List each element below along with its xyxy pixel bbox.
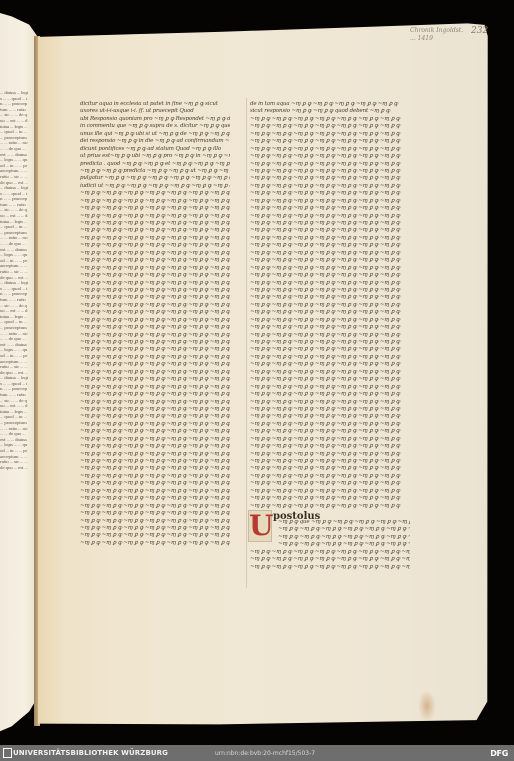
- text-line: ~ɱ ꝑ ꝙ ~ɱ ꝑ ꝙ ~ɱ ꝑ ꝙ ~ɱ ꝑ ꝙ ~ɱ ꝑ ꝙ ~ɱ ꝑ …: [80, 302, 230, 309]
- text-line: ~ɱ ꝑ ꝙ ~ɱ ꝑ ꝙ ~ɱ ꝑ ꝙ ~ɱ ꝑ ꝙ ~ɱ ꝑ ꝙ ~ɱ ꝑ …: [250, 116, 410, 123]
- ruling-line: [246, 98, 247, 588]
- text-line: ~ɱ ꝑ ꝙ ~ɱ ꝑ ꝙ ~ɱ ꝑ ꝙ ~ɱ ꝑ ꝙ ~ɱ ꝑ ꝙ ~ɱ ꝑ …: [250, 227, 410, 234]
- text-line: ~ɱ ꝑ ꝙ ~ɱ ꝑ ꝙ ~ɱ ꝑ ꝙ ~ɱ ꝑ ꝙ ~ɱ ꝑ ꝙ ~ɱ ꝑ …: [250, 384, 410, 391]
- text-line: ~ɱ ꝑ ꝙ ~ɱ ꝑ ꝙ ~ɱ ꝑ ꝙ ~ɱ ꝑ ꝙ ~ɱ ꝑ ꝙ ~ɱ ꝑ …: [80, 332, 230, 339]
- text-line: ~ɱ ꝑ ꝙ ~ɱ ꝑ ꝙ ~ɱ ꝑ ꝙ ~ɱ ꝑ ꝙ ~ɱ ꝑ ꝙ ~ɱ ꝑ …: [250, 272, 410, 279]
- text-line: ~ɱ ꝑ ꝙ ~ɱ ꝑ ꝙ ~ɱ ꝑ ꝙ ~ɱ ꝑ ꝙ ~ɱ ꝑ ꝙ ~ɱ ꝑ …: [80, 413, 230, 420]
- text-line: dei responsio ~ɱ ꝑ ꝙ in die ~ɱ ꝑ ꝙ ad co…: [80, 138, 230, 145]
- text-line: ~ɱ ꝑ ꝙ ~ɱ ꝑ ꝙ ~ɱ ꝑ ꝙ ~ɱ ꝑ ꝙ ~ɱ ꝑ ꝙ ~ɱ ꝑ …: [80, 235, 230, 242]
- text-line: ~ɱ ꝑ ꝙ ~ɱ ꝑ ꝙ ~ɱ ꝑ ꝙ ~ɱ ꝑ ꝙ ~ɱ ꝑ ꝙ ~ɱ ꝑ …: [80, 369, 230, 376]
- text-line: ~ɱ ꝑ ꝙ ~ɱ ꝑ ꝙ ~ɱ ꝑ ꝙ ~ɱ ꝑ ꝙ ~ɱ ꝑ ꝙ ~ɱ ꝑ …: [250, 175, 410, 182]
- text-line: ~ɱ ꝑ ꝙ ~ɱ ꝑ ꝙ ~ɱ ꝑ ꝙ ~ɱ ꝑ ꝙ ~ɱ ꝑ ꝙ ~ɱ ꝑ …: [80, 376, 230, 383]
- text-line: ~ɱ ꝑ ꝙ ~ɱ ꝑ ꝙ ~ɱ ꝑ ꝙ ~ɱ ꝑ ꝙ ~ɱ ꝑ ꝙ ~ɱ ꝑ …: [250, 265, 410, 272]
- text-line: ~ɱ ꝑ ꝙ ~ɱ ꝑ ꝙ ~ɱ ꝑ ꝙ ~ɱ ꝑ ꝙ ~ɱ ꝑ ꝙ ~ɱ ꝑ …: [250, 183, 410, 190]
- text-line: ~ɱ ꝑ ꝙ ~ɱ ꝑ ꝙ ~ɱ ꝑ ꝙ ~ɱ ꝑ ꝙ ~ɱ ꝑ ꝙ ~ɱ ꝑ …: [250, 123, 410, 130]
- text-line: ~ɱ ꝑ ꝙ ~ɱ ꝑ ꝙ ~ɱ ꝑ ꝙ ~ɱ ꝑ ꝙ ~ɱ ꝑ ꝙ ~ɱ ꝑ …: [250, 168, 410, 175]
- text-line: ~ɱ ꝑ ꝙ ~ɱ ꝑ ꝙ ~ɱ ꝑ ꝙ ~ɱ ꝑ ꝙ ~ɱ ꝑ ꝙ ~ɱ ꝑ …: [250, 138, 410, 145]
- text-line: ~ɱ ꝑ ꝙ ~ɱ ꝑ ꝙ ~ɱ ꝑ ꝙ ~ɱ ꝑ ꝙ ~ɱ ꝑ ꝙ ~ɱ ꝑ …: [250, 146, 410, 153]
- text-line: ~ɱ ꝑ ꝙ ~ɱ ꝑ ꝙ ~ɱ ꝑ ꝙ ~ɱ ꝑ ꝙ ~ɱ ꝑ ꝙ ~ɱ ꝑ …: [80, 190, 230, 197]
- text-line: ~ɱ ꝑ ꝙ ~ɱ ꝑ ꝙ ~ɱ ꝑ ꝙ ~ɱ ꝑ ꝙ ~ɱ ꝑ ꝙ ~ɱ ꝑ …: [80, 436, 230, 443]
- text-line: iudicii ut ~ɱ ꝑ ꝙ ~ɱ ꝑ ꝙ ~ɱ ꝑ ꝙ ~ɱ ꝑ ꝙ ~…: [80, 183, 230, 190]
- text-line: ~ɱ ꝑ ꝙ ~ɱ ꝑ ꝙ ~ɱ ꝑ ꝙ ~ɱ ꝑ ꝙ ~ɱ ꝑ ꝙ ~ɱ ꝑ …: [80, 495, 230, 502]
- text-line: ~ɱ ꝑ ꝙ ~ɱ ꝑ ꝙ ~ɱ ꝑ ꝙ ~ɱ ꝑ ꝙ ~ɱ ꝑ ꝙ ~ɱ ꝑ …: [250, 287, 410, 294]
- text-line: unus ille qui ~ɱ ꝑ ꝙ ubi si ut ~ɱ ꝑ ꝙ de…: [80, 131, 230, 138]
- text-line: ~ɱ ꝑ ꝙ ~ɱ ꝑ ꝙ ~ɱ ꝑ ꝙ ~ɱ ꝑ ꝙ ~ɱ ꝑ ꝙ ~ɱ ꝑ …: [80, 354, 230, 361]
- text-line: ~ɱ ꝑ ꝙ ~ɱ ꝑ ꝙ ~ɱ ꝑ ꝙ ~ɱ ꝑ ꝙ ~ɱ ꝑ ꝙ ~ɱ ꝑ …: [80, 421, 230, 428]
- manuscript-viewer[interactable]: ... diuina ... legis ... ... quod ... in…: [0, 0, 514, 745]
- text-line: ~ɱ ꝑ ꝙ ~ɱ ꝑ ꝙ ~ɱ ꝑ ꝙ ~ɱ ꝑ ꝙ ~ɱ ꝑ ꝙ ~ɱ ꝑ …: [80, 384, 230, 391]
- text-line: ~ɱ ꝑ ꝙ ~ɱ ꝑ ꝙ ~ɱ ꝑ ꝙ ~ɱ ꝑ ꝙ ~ɱ ꝑ ꝙ ~ɱ ꝑ …: [250, 235, 410, 242]
- text-line: ~ɱ ꝑ ꝙ ~ɱ ꝑ ꝙ ~ɱ ꝑ ꝙ ~ɱ ꝑ ꝙ ~ɱ ꝑ ꝙ ~ɱ ꝑ …: [250, 205, 410, 212]
- text-line: ~ɱ ꝑ ꝙ ~ɱ ꝑ ꝙ ~ɱ ꝑ ꝙ ~ɱ ꝑ ꝙ ~ɱ ꝑ ꝙ ~ɱ ꝑ …: [80, 443, 230, 450]
- text-line: ~ɱ ꝑ ꝙ ~ɱ ꝑ ꝙ ~ɱ ꝑ ꝙ ~ɱ ꝑ ꝙ ~ɱ ꝑ ꝙ ~ɱ ꝑ …: [250, 220, 410, 227]
- text-line: ~ɱ ꝑ ꝙ ~ɱ ꝑ ꝙ ~ɱ ꝑ ꝙ ~ɱ ꝑ ꝙ ~ɱ ꝑ ꝙ ~ɱ ꝑ …: [80, 488, 230, 495]
- text-line: ~ɱ ꝑ ꝙ ~ɱ ꝑ ꝙ ~ɱ ꝑ ꝙ ~ɱ ꝑ ꝙ ~ɱ ꝑ ꝙ ~ɱ ꝑ …: [80, 518, 230, 525]
- text-line: ~ɱ ꝑ ꝙ ~ɱ ꝑ ꝙ ~ɱ ꝑ ꝙ ~ɱ ꝑ ꝙ ~ɱ ꝑ ꝙ ~ɱ ꝑ …: [80, 265, 230, 272]
- text-line: ~ɱ ꝑ ꝙ ~ɱ ꝑ ꝙ ~ɱ ꝑ ꝙ ~ɱ ꝑ ꝙ ~ɱ ꝑ ꝙ ~ɱ ꝑ …: [250, 564, 410, 571]
- page-stain: [418, 690, 436, 722]
- decorated-initial: U: [248, 510, 272, 542]
- text-line: ~ɱ ꝑ ꝙ ~ɱ ꝑ ꝙ ~ɱ ꝑ ꝙ ~ɱ ꝑ ꝙ ~ɱ ꝑ ꝙ ~ɱ ꝑ …: [80, 503, 230, 510]
- text-line: ~ɱ ꝑ ꝙ ~ɱ ꝑ ꝙ ~ɱ ꝑ ꝙ ~ɱ ꝑ ꝙ ~ɱ ꝑ ꝙ ~ɱ ꝑ …: [250, 451, 410, 458]
- text-line: ~ɱ ꝑ ꝙ ~ɱ ꝑ ꝙ ~ɱ ꝑ ꝙ ~ɱ ꝑ ꝙ ~ɱ ꝑ ꝙ ~ɱ ꝑ …: [80, 532, 230, 539]
- text-line: ~ɱ ꝑ ꝙ ~ɱ ꝑ ꝙ ~ɱ ꝑ ꝙ ~ɱ ꝑ ꝙ ~ɱ ꝑ ꝙ ~ɱ ꝑ …: [80, 294, 230, 301]
- text-line: ~ɱ ꝑ ꝙ ~ɱ ꝑ ꝙ ~ɱ ꝑ ꝙ ~ɱ ꝑ ꝙ ~ɱ ꝑ ꝙ ~ɱ ꝑ …: [80, 198, 230, 205]
- left-page-edge: ... diuina ... legis ... ... quod ... in…: [0, 0, 38, 745]
- text-line: ~ɱ ꝑ ꝙ ~ɱ ꝑ ꝙ ~ɱ ꝑ ꝙ ~ɱ ꝑ ꝙ ~ɱ ꝑ ꝙ ~ɱ ꝑ …: [250, 376, 410, 383]
- text-line: ~ɱ ꝑ ꝙ ~ɱ ꝑ ꝙ ~ɱ ꝑ ꝙ ~ɱ ꝑ ꝙ ~ɱ ꝑ ꝙ ~ɱ ꝑ …: [250, 324, 410, 331]
- text-line: dicunt pontifices ~ɱ ꝑ ꝙ ad statum Quod …: [80, 146, 230, 153]
- folio-number: 232: [471, 26, 488, 36]
- text-line: ~ɱ ꝑ ꝙ ~ɱ ꝑ ꝙ ~ɱ ꝑ ꝙ ~ɱ ꝑ ꝙ ~ɱ ꝑ ꝙ ~ɱ ꝑ …: [250, 257, 410, 264]
- text-line: ~ɱ ꝑ ꝙ ~ɱ ꝑ ꝙ ~ɱ ꝑ ꝙ ~ɱ ꝑ ꝙ ~ɱ ꝑ ꝙ ~ɱ ꝑ …: [250, 161, 410, 168]
- text-line: ~ɱ ꝑ ꝙ ~ɱ ꝑ ꝙ ~ɱ ꝑ ꝙ ~ɱ ꝑ ꝙ ~ɱ ꝑ ꝙ ~ɱ ꝑ …: [80, 525, 230, 532]
- text-line: ~ɱ ꝑ ꝙ ~ɱ ꝑ ꝙ ~ɱ ꝑ ꝙ ~ɱ ꝑ ꝙ ~ɱ ꝑ ꝙ ~ɱ ꝑ …: [80, 250, 230, 257]
- text-line: ~ɱ ꝑ ꝙ ~ɱ ꝑ ꝙ ~ɱ ꝑ ꝙ ~ɱ ꝑ ꝙ ~ɱ ꝑ ꝙ ~ɱ ꝑ …: [250, 465, 410, 472]
- text-line: ~ɱ ꝑ ꝙ ~ɱ ꝑ ꝙ ~ɱ ꝑ ꝙ ~ɱ ꝑ ꝙ ~ɱ ꝑ ꝙ ~ɱ ꝑ …: [250, 473, 410, 480]
- text-line: ~ɱ ꝑ ꝙ ~ɱ ꝑ ꝙ ~ɱ ꝑ ꝙ ~ɱ ꝑ ꝙ ~ɱ ꝑ ꝙ ~ɱ ꝑ …: [250, 250, 410, 257]
- text-line: ~ɱ ꝑ ꝙ ~ɱ ꝑ ꝙ ~ɱ ꝑ ꝙ ~ɱ ꝑ ꝙ ~ɱ ꝑ ꝙ ~ɱ ꝑ …: [80, 242, 230, 249]
- text-line: ~ɱ ꝑ ꝙ ~ɱ ꝑ ꝙ ~ɱ ꝑ ꝙ ~ɱ ꝑ ꝙ ~ɱ ꝑ ꝙ ~ɱ ꝑ …: [80, 220, 230, 227]
- urn-identifier[interactable]: urn:nbn:de:bvb:20-mchf15/503-7: [215, 750, 315, 757]
- text-line: in commentu que ~ɱ ꝑ ꝙ supra de s. dicit…: [80, 123, 230, 130]
- text-line: ~ɱ ꝑ ꝙ ~ɱ ꝑ ꝙ ~ɱ ꝑ ꝙ ~ɱ ꝑ ꝙ ~ɱ ꝑ ꝙ ~ɱ ꝑ …: [250, 354, 410, 361]
- text-line: ubi Responsio quoniam pro ~ɱ ꝑ ꝙ Respond…: [80, 116, 230, 123]
- footer-bar: UNIVERSITÄTSBIBLIOTHEK WÜRZBURG urn:nbn:…: [0, 745, 514, 761]
- text-line: ~ɱ ꝑ ꝙ ~ɱ ꝑ ꝙ ~ɱ ꝑ ꝙ ~ɱ ꝑ ꝙ ~ɱ ꝑ ꝙ ~ɱ ꝑ …: [250, 399, 410, 406]
- text-line: ~ɱ ꝑ ꝙ ~ɱ ꝑ ꝙ ~ɱ ꝑ ꝙ ~ɱ ꝑ ꝙ ~ɱ ꝑ ꝙ ~ɱ ꝑ …: [80, 213, 230, 220]
- text-line: ~ɱ ꝑ ꝙ ~ɱ ꝑ ꝙ ~ɱ ꝑ ꝙ ~ɱ ꝑ ꝙ ~ɱ ꝑ ꝙ ~ɱ ꝑ …: [250, 280, 410, 287]
- text-line: ~ɱ ꝑ ꝙ ~ɱ ꝑ ꝙ ~ɱ ꝑ ꝙ ~ɱ ꝑ ꝙ ~ɱ ꝑ ꝙ ~ɱ ꝑ …: [250, 369, 410, 376]
- text-line: ~ɱ ꝑ ꝙ ~ɱ ꝑ ꝙ ~ɱ ꝑ ꝙ ~ɱ ꝑ ꝙ ~ɱ ꝑ ꝙ ~ɱ ꝑ …: [250, 190, 410, 197]
- text-line: ~ɱ ꝑ ꝙ ~ɱ ꝑ ꝙ ~ɱ ꝑ ꝙ ~ɱ ꝑ ꝙ ~ɱ ꝑ ꝙ ~ɱ ꝑ …: [80, 406, 230, 413]
- text-line: ~ɱ ꝑ ꝙ ~ɱ ꝑ ꝙ ~ɱ ꝑ ꝙ ~ɱ ꝑ ꝙ ~ɱ ꝑ ꝙ ~ɱ ꝑ …: [250, 458, 410, 465]
- text-line: predicta . quod ~ɱ ꝑ ꝙ ~ɱ ꝑ ꝙ et ~ɱ ꝑ ꝙ …: [80, 161, 230, 168]
- text-line: ~ɱ ꝑ ꝙ ~ɱ ꝑ ꝙ ~ɱ ꝑ ꝙ ~ɱ ꝑ ꝙ ~ɱ ꝑ ꝙ ~ɱ ꝑ …: [250, 361, 410, 368]
- text-line: ~ɱ ꝑ ꝙ ~ɱ ꝑ ꝙ ~ɱ ꝑ ꝙ ~ɱ ꝑ ꝙ ~ɱ ꝑ ꝙ ~ɱ ꝑ …: [250, 406, 410, 413]
- text-line: ~ɱ ꝑ ꝙ ~ɱ ꝑ ꝙ ~ɱ ꝑ ꝙ ~ɱ ꝑ ꝙ ~ɱ ꝑ ꝙ ~ɱ ꝑ …: [250, 309, 410, 316]
- text-line: ~ɱ ꝑ ꝙ ~ɱ ꝑ ꝙ ~ɱ ꝑ ꝙ ~ɱ ꝑ ꝙ ~ɱ ꝑ ꝙ ~ɱ ꝑ …: [250, 131, 410, 138]
- text-line: ~ɱ ꝑ ꝙ ~ɱ ꝑ ꝙ ~ɱ ꝑ ꝙ ~ɱ ꝑ ꝙ ~ɱ ꝑ ꝙ ~ɱ ꝑ …: [80, 257, 230, 264]
- text-line: ~ɱ ꝑ ꝙ ~ɱ ꝑ ꝙ ~ɱ ꝑ ꝙ ~ɱ ꝑ ꝙ ~ɱ ꝑ ꝙ ~ɱ ꝑ …: [250, 428, 410, 435]
- text-line: ~ɱ ꝑ ꝙ ~ɱ ꝑ ꝙ ~ɱ ꝑ ꝙ ~ɱ ꝑ ꝙ ~ɱ ꝑ ꝙ ~ɱ ꝑ …: [250, 436, 410, 443]
- text-line: ~ɱ ꝑ ꝙ ~ɱ ꝑ ꝙ ~ɱ ꝑ ꝙ ~ɱ ꝑ ꝙ ~ɱ ꝑ ꝙ ~ɱ ꝑ …: [80, 458, 230, 465]
- text-line: ~ɱ ꝑ ꝙ ~ɱ ꝑ ꝙ ~ɱ ꝑ ꝙ ~ɱ ꝑ ꝙ ~ɱ ꝑ ꝙ ~ɱ ꝑ …: [80, 391, 230, 398]
- text-line: ~ɱ ꝑ ꝙ ~ɱ ꝑ ꝙ ~ɱ ꝑ ꝙ ~ɱ ꝑ ꝙ ~ɱ ꝑ ꝙ ~ɱ ꝑ …: [80, 339, 230, 346]
- text-line: ~ɱ ꝑ ꝙ ~ɱ ꝑ ꝙ ~ɱ ꝑ ꝙ ~ɱ ꝑ ꝙ ~ɱ ꝑ ꝙ ~ɱ ꝑ …: [80, 317, 230, 324]
- text-line: ~ɱ ꝑ ꝙ ~ɱ ꝑ ꝙ ~ɱ ꝑ ꝙ ~ɱ ꝑ ꝙ ~ɱ ꝑ ꝙ ~ɱ ꝑ …: [80, 473, 230, 480]
- text-line: ~ɱ ꝑ ꝙ ~ɱ ꝑ ꝙ ~ɱ ꝑ ꝙ ~ɱ ꝑ ꝙ ~ɱ ꝑ ꝙ ~ɱ ꝑ …: [80, 309, 230, 316]
- shelf-note: Chronik Ingoldst. ... 1419: [410, 27, 468, 43]
- text-line: ~ɱ ꝑ ꝙ que ~ɱ ꝑ ꝙ ~ɱ ꝑ ꝙ ~ɱ ꝑ ꝙ ~ɱ ꝑ ꝙ ~…: [278, 519, 410, 526]
- text-line: ~ɱ ꝑ ꝙ ~ɱ ꝑ ꝙ ~ɱ ꝑ ꝙ ~ɱ ꝑ ꝙ ~ɱ ꝑ ꝙ ~ɱ ꝑ …: [250, 339, 410, 346]
- text-line: ~ɱ ꝑ ꝙ ~ɱ ꝑ ꝙ ~ɱ ꝑ ꝙ ~ɱ ꝑ ꝙ ~ɱ ꝑ ꝙ ~ɱ ꝑ …: [250, 391, 410, 398]
- text-line: ~ɱ ꝑ ꝙ ~ɱ ꝑ ꝙ ~ɱ ꝑ ꝙ ~ɱ ꝑ ꝙ ~ɱ ꝑ ꝙ ~ɱ ꝑ …: [80, 346, 230, 353]
- text-line: ~ɱ ꝑ ꝙ ~ɱ ꝑ ꝙ ~ɱ ꝑ ꝙ ~ɱ ꝑ ꝙ ~ɱ ꝑ ꝙ ~ɱ ꝑ …: [250, 242, 410, 249]
- text-line: ~ɱ ꝑ ꝙ ~ɱ ꝑ ꝙ ~ɱ ꝑ ꝙ ~ɱ ꝑ ꝙ ~ɱ ꝑ ꝙ ~ɱ ꝑ …: [250, 317, 410, 324]
- text-line: ~ɱ ꝑ ꝙ ~ɱ ꝑ ꝙ ~ɱ ꝑ ꝙ ~ɱ ꝑ ꝙ ~ɱ ꝑ ꝙ ~ɱ ꝑ …: [250, 488, 410, 495]
- text-line: ~ɱ ꝑ ꝙ ~ɱ ꝑ ꝙ ~ɱ ꝑ ꝙ ~ɱ ꝑ ꝙ ~ɱ ꝑ ꝙ ~ɱ ꝑ …: [80, 324, 230, 331]
- text-line: ~ɱ ꝑ ꝙ ~ɱ ꝑ ꝙ ~ɱ ꝑ ꝙ ~ɱ ꝑ ꝙ ~ɱ ꝑ ꝙ ~ɱ ꝑ …: [250, 302, 410, 309]
- text-line: ~ɱ ꝑ ꝙ ~ɱ ꝑ ꝙ ~ɱ ꝑ ꝙ ~ɱ ꝑ ꝙ ~ɱ ꝑ ꝙ ~ɱ ꝑ …: [250, 503, 410, 510]
- text-line: uxores ut-i-i-usque i-i. ff. ut praecepi…: [80, 108, 230, 115]
- text-line: ut prius est~ɱ ꝑ ꝙ ubi ~ɱ ꝑ ꝙ pro ~ɱ ꝑ ꝙ…: [80, 153, 230, 160]
- text-line: ~ɱ ꝑ ꝙ ~ɱ ꝑ ꝙ ~ɱ ꝑ ꝙ ~ɱ ꝑ ꝙ ~ɱ ꝑ ꝙ ~ɱ ꝑ …: [80, 428, 230, 435]
- text-line: ~ɱ ꝑ ꝙ ~ɱ ꝑ ꝙ ~ɱ ꝑ ꝙ ~ɱ ꝑ ꝙ ~ɱ ꝑ ꝙ ~ɱ ꝑ …: [80, 205, 230, 212]
- text-line: ~ɱ ꝑ ꝙ ~ɱ ꝑ ꝙ ~ɱ ꝑ ꝙ ~ɱ ꝑ ꝙ ~ɱ ꝑ ꝙ ~ɱ ꝑ …: [250, 443, 410, 450]
- text-line: ~ɱ ꝑ ꝙ ~ɱ ꝑ ꝙ ~ɱ ꝑ ꝙ ~ɱ ꝑ ꝙ ~ɱ ꝑ ꝙ ~ɱ ꝑ …: [250, 198, 410, 205]
- text-line: sicut responsio ~ɱ ꝑ ꝙ ~ɱ ꝑ ꝙ quod deben…: [250, 108, 410, 115]
- text-line: ~ɱ ꝑ ꝙ ~ɱ ꝑ ꝙ ~ɱ ꝑ ꝙ ~ɱ ꝑ ꝙ ~ɱ ꝑ ꝙ ~ɱ ꝑ …: [278, 526, 410, 533]
- dfg-logo[interactable]: DFG: [490, 749, 508, 758]
- text-line: ~ɱ ꝑ ꝙ ~ɱ ꝑ ꝙ ~ɱ ꝑ ꝙ ~ɱ ꝑ ꝙ ~ɱ ꝑ ꝙ ~ɱ ꝑ …: [80, 451, 230, 458]
- text-line: ~ɱ ꝑ ꝙ ~ɱ ꝑ ꝙ ~ɱ ꝑ ꝙ ~ɱ ꝑ ꝙ ~ɱ ꝑ ꝙ ~ɱ ꝑ …: [250, 153, 410, 160]
- right-text-column: de in tam aqua ~ɱ ꝑ ꝙ ~ɱ ꝑ ꝙ ~ɱ ꝑ ꝙ ~ɱ ꝑ…: [250, 101, 410, 510]
- left-page-text: ... diuina ... legis ... ... quod ... in…: [0, 90, 28, 470]
- text-line: ~ɱ ꝑ ꝙ ~ɱ ꝑ ꝙ ~ɱ ꝑ ꝙ ~ɱ ꝑ ꝙ ~ɱ ꝑ ꝙ ~ɱ ꝑ …: [250, 332, 410, 339]
- text-line: ~ɱ ꝑ ꝙ ~ɱ ꝑ ꝙ ~ɱ ꝑ ꝙ ~ɱ ꝑ ꝙ ~ɱ ꝑ ꝙ ~ɱ ꝑ …: [80, 227, 230, 234]
- text-line: ~ɱ ꝑ ꝙ ~ɱ ꝑ ꝙ ~ɱ ꝑ ꝙ ~ɱ ꝑ ꝙ ~ɱ ꝑ ꝙ ~ɱ ꝑ …: [80, 280, 230, 287]
- text-line: ~ɱ ꝑ ꝙ ~ɱ ꝑ ꝙ ~ɱ ꝑ ꝙ ~ɱ ꝑ ꝙ ~ɱ ꝑ ꝙ ~ɱ ꝑ …: [278, 541, 410, 548]
- text-line: ~ɱ ꝑ ꝙ ~ɱ ꝑ ꝙ ~ɱ ꝑ ꝙ ~ɱ ꝑ ꝙ ~ɱ ꝑ ꝙ ~ɱ ꝑ …: [80, 287, 230, 294]
- institution-name[interactable]: UNIVERSITÄTSBIBLIOTHEK WÜRZBURG: [13, 749, 168, 757]
- text-line: ~ɱ ꝑ ꝙ ~ɱ ꝑ ꝙ ~ɱ ꝑ ꝙ ~ɱ ꝑ ꝙ ~ɱ ꝑ ꝙ ~ɱ ꝑ …: [250, 480, 410, 487]
- text-line: ~ɱ ꝑ ꝙ ~ɱ ꝑ ꝙ ~ɱ ꝑ ꝙ ~ɱ ꝑ ꝙ ~ɱ ꝑ ꝙ ~ɱ ꝑ …: [80, 510, 230, 517]
- shelf-note-line: Chronik Ingoldst.: [410, 27, 468, 35]
- text-after-initial: ~ɱ ꝑ ꝙ que ~ɱ ꝑ ꝙ ~ɱ ꝑ ꝙ ~ɱ ꝑ ꝙ ~ɱ ꝑ ꝙ ~…: [278, 519, 410, 549]
- text-tail: ~ɱ ꝑ ꝙ ~ɱ ꝑ ꝙ ~ɱ ꝑ ꝙ ~ɱ ꝑ ꝙ ~ɱ ꝑ ꝙ ~ɱ ꝑ …: [250, 549, 410, 571]
- text-line: ~ɱ ꝑ ꝙ ~ɱ ꝑ ꝙ ~ɱ ꝑ ꝙ ~ɱ ꝑ ꝙ ~ɱ ꝑ ꝙ ~ɱ ꝑ …: [250, 413, 410, 420]
- text-line: ~ɱ ꝑ ꝙ ~ɱ ꝑ ꝙ ~ɱ ꝑ ꝙ ~ɱ ꝑ ꝙ ~ɱ ꝑ ꝙ ~ɱ ꝑ …: [250, 294, 410, 301]
- text-line: ~ɱ ꝑ ꝙ ~ɱ ꝑ ꝙ ~ɱ ꝑ ꝙ ~ɱ ꝑ ꝙ ~ɱ ꝑ ꝙ ~ɱ ꝑ …: [250, 346, 410, 353]
- shelf-note-line: ... 1419: [410, 35, 468, 43]
- text-line: ~ɱ ꝑ ꝙ ~ɱ ꝑ ꝙ ~ɱ ꝑ ꝙ ~ɱ ꝑ ꝙ ~ɱ ꝑ ꝙ ~ɱ ꝑ …: [80, 540, 230, 547]
- text-line: ~ɱ ꝑ ꝙ ~ɱ ꝑ ꝙ ~ɱ ꝑ ꝙ ~ɱ ꝑ ꝙ ~ɱ ꝑ ꝙ ~ɱ ꝑ …: [250, 549, 410, 556]
- library-logo-icon: [3, 748, 12, 758]
- text-line: ~ɱ ꝑ ꝙ ~ɱ ꝑ ꝙ ~ɱ ꝑ ꝙ ~ɱ ꝑ ꝙ ~ɱ ꝑ ꝙ ~ɱ ꝑ …: [80, 465, 230, 472]
- text-line: dicitur aqua in ecclesia ut patet in fin…: [80, 101, 230, 108]
- text-line: ~ɱ ꝑ ꝙ ~ɱ ꝑ ꝙ ~ɱ ꝑ ꝙ ~ɱ ꝑ ꝙ ~ɱ ꝑ ꝙ ~ɱ ꝑ …: [250, 495, 410, 502]
- text-line: de in tam aqua ~ɱ ꝑ ꝙ ~ɱ ꝑ ꝙ ~ɱ ꝑ ꝙ ~ɱ ꝑ…: [250, 101, 410, 108]
- left-text-column: dicitur aqua in ecclesia ut patet in fin…: [80, 101, 230, 547]
- text-line: pulgatur ~ɱ ꝑ ꝙ ~ɱ ꝑ ꝙ ~ɱ ꝑ ꝙ ~ɱ ꝑ ꝙ ~ɱ …: [80, 175, 230, 182]
- text-line: ~ɱ ꝑ ꝙ ~ɱ ꝑ ꝙ ~ɱ ꝑ ꝙ ~ɱ ꝑ ꝙ ~ɱ ꝑ ꝙ ~ɱ ꝑ …: [80, 272, 230, 279]
- text-line: ~ɱ ꝑ ꝙ ~ɱ ꝑ ꝙ ~ɱ ꝑ ꝙ ~ɱ ꝑ ꝙ ~ɱ ꝑ ꝙ ~ɱ ꝑ …: [278, 534, 410, 541]
- text-line: ~ɱ ꝑ ꝙ ~ɱ ꝑ ꝙ ~ɱ ꝑ ꝙ ~ɱ ꝑ ꝙ ~ɱ ꝑ ꝙ ~ɱ ꝑ …: [250, 421, 410, 428]
- text-line: ~ɱ ꝑ ꝙ ~ɱ ꝑ ꝙ ~ɱ ꝑ ꝙ ~ɱ ꝑ ꝙ ~ɱ ꝑ ꝙ ~ɱ ꝑ …: [80, 480, 230, 487]
- text-line: ~ɱ ꝑ ꝙ ~ɱ ꝑ ꝙ ~ɱ ꝑ ꝙ ~ɱ ꝑ ꝙ ~ɱ ꝑ ꝙ ~ɱ ꝑ …: [250, 556, 410, 563]
- text-line: ~ɱ ꝑ ꝙ ~ɱ ꝑ ꝙ ~ɱ ꝑ ꝙ ~ɱ ꝑ ꝙ ~ɱ ꝑ ꝙ ~ɱ ꝑ …: [250, 213, 410, 220]
- text-line: ~ɱ ꝑ ꝙ ~ɱ ꝑ ꝙ ~ɱ ꝑ ꝙ ~ɱ ꝑ ꝙ ~ɱ ꝑ ꝙ ~ɱ ꝑ …: [80, 361, 230, 368]
- text-line: ~ɱ ꝑ ꝙ ~ɱ ꝑ ꝙ predicta ~ɱ ꝑ ꝙ ~ɱ ꝑ ꝙ ut …: [80, 168, 230, 175]
- text-line: ~ɱ ꝑ ꝙ ~ɱ ꝑ ꝙ ~ɱ ꝑ ꝙ ~ɱ ꝑ ꝙ ~ɱ ꝑ ꝙ ~ɱ ꝑ …: [80, 399, 230, 406]
